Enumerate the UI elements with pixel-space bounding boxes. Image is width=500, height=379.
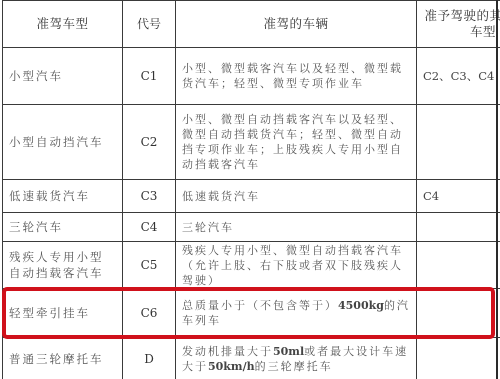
cell-code: C2 [123, 105, 176, 180]
cell-other-permitted-types [417, 289, 500, 338]
cell-permitted-vehicles: 小型、微型自动挡载客汽车以及轻型、微型自动挡载货汽车；轻型、微型自动挡专项作业车… [176, 105, 417, 180]
cell-permitted-vehicles: 总质量小于（不包含等于）4500kg的汽车列车 [176, 289, 417, 338]
table-row: 普通三轮摩托车 D 发动机排量大于50ml或者最大设计车速大于50km/h的三轮… [3, 338, 500, 379]
cell-other-permitted-types [417, 338, 500, 379]
cell-permitted-vehicles: 低速载货汽车 [176, 180, 417, 213]
header-code: 代号 [123, 1, 176, 48]
displacement-value: 50ml [273, 345, 304, 358]
cell-license-type: 残疾人专用小型自动挡载客汽车 [3, 242, 123, 289]
header-permitted-vehicles: 准驾的车辆 [176, 1, 417, 48]
vehicles-text-post: 的三轮摩托车 [255, 360, 333, 373]
header-other-permitted-types: 准予驾驶的其他准驾车型 [417, 1, 500, 48]
vehicles-text-pre: 发动机排量大于 [182, 345, 273, 358]
table-right-border [496, 0, 498, 379]
vehicles-text-pre: 总质量小于（不包含等于） [182, 299, 338, 312]
cell-code: C5 [123, 242, 176, 289]
cell-license-type: 小型自动挡汽车 [3, 105, 123, 180]
cell-code: C6 [123, 289, 176, 338]
cell-other-permitted-types: C2、C3、C4 [417, 48, 500, 105]
cell-permitted-vehicles: 三轮汽车 [176, 213, 417, 242]
driving-license-class-table-container: 准驾车型 代号 准驾的车辆 准予驾驶的其他准驾车型 小型汽车 C1 小型、微型载… [2, 0, 497, 379]
cell-code: C1 [123, 48, 176, 105]
table-header-row: 准驾车型 代号 准驾的车辆 准予驾驶的其他准驾车型 [3, 1, 500, 48]
cell-other-permitted-types [417, 105, 500, 180]
table-row-highlighted: 轻型牵引挂车 C6 总质量小于（不包含等于）4500kg的汽车列车 [3, 289, 500, 338]
cell-license-type: 轻型牵引挂车 [3, 289, 123, 338]
cell-other-permitted-types [417, 213, 500, 242]
cell-license-type: 小型汽车 [3, 48, 123, 105]
weight-limit-value: 4500kg [338, 299, 384, 312]
cell-license-type: 低速载货汽车 [3, 180, 123, 213]
cell-code: D [123, 338, 176, 379]
table-row: 残疾人专用小型自动挡载客汽车 C5 残疾人专用小型、微型自动挡载客汽车（允许上肢… [3, 242, 500, 289]
table-row: 小型自动挡汽车 C2 小型、微型自动挡载客汽车以及轻型、微型自动挡载货汽车；轻型… [3, 105, 500, 180]
cell-code: C4 [123, 213, 176, 242]
cell-permitted-vehicles: 小型、微型载客汽车以及轻型、微型载货汽车；轻型、微型专项作业车 [176, 48, 417, 105]
header-license-type: 准驾车型 [3, 1, 123, 48]
table-row: 三轮汽车 C4 三轮汽车 [3, 213, 500, 242]
speed-value: 50km/h [208, 360, 255, 373]
table-row: 小型汽车 C1 小型、微型载客汽车以及轻型、微型载货汽车；轻型、微型专项作业车 … [3, 48, 500, 105]
cell-other-permitted-types [417, 242, 500, 289]
cell-license-type: 普通三轮摩托车 [3, 338, 123, 379]
cell-other-permitted-types: C4 [417, 180, 500, 213]
table-row: 低速载货汽车 C3 低速载货汽车 C4 [3, 180, 500, 213]
cell-permitted-vehicles: 残疾人专用小型、微型自动挡载客汽车（允许上肢、右下肢或者双下肢残疾人驾驶） [176, 242, 417, 289]
driving-license-class-table: 准驾车型 代号 准驾的车辆 准予驾驶的其他准驾车型 小型汽车 C1 小型、微型载… [2, 0, 500, 379]
cell-license-type: 三轮汽车 [3, 213, 123, 242]
cell-code: C3 [123, 180, 176, 213]
cell-permitted-vehicles: 发动机排量大于50ml或者最大设计车速大于50km/h的三轮摩托车 [176, 338, 417, 379]
